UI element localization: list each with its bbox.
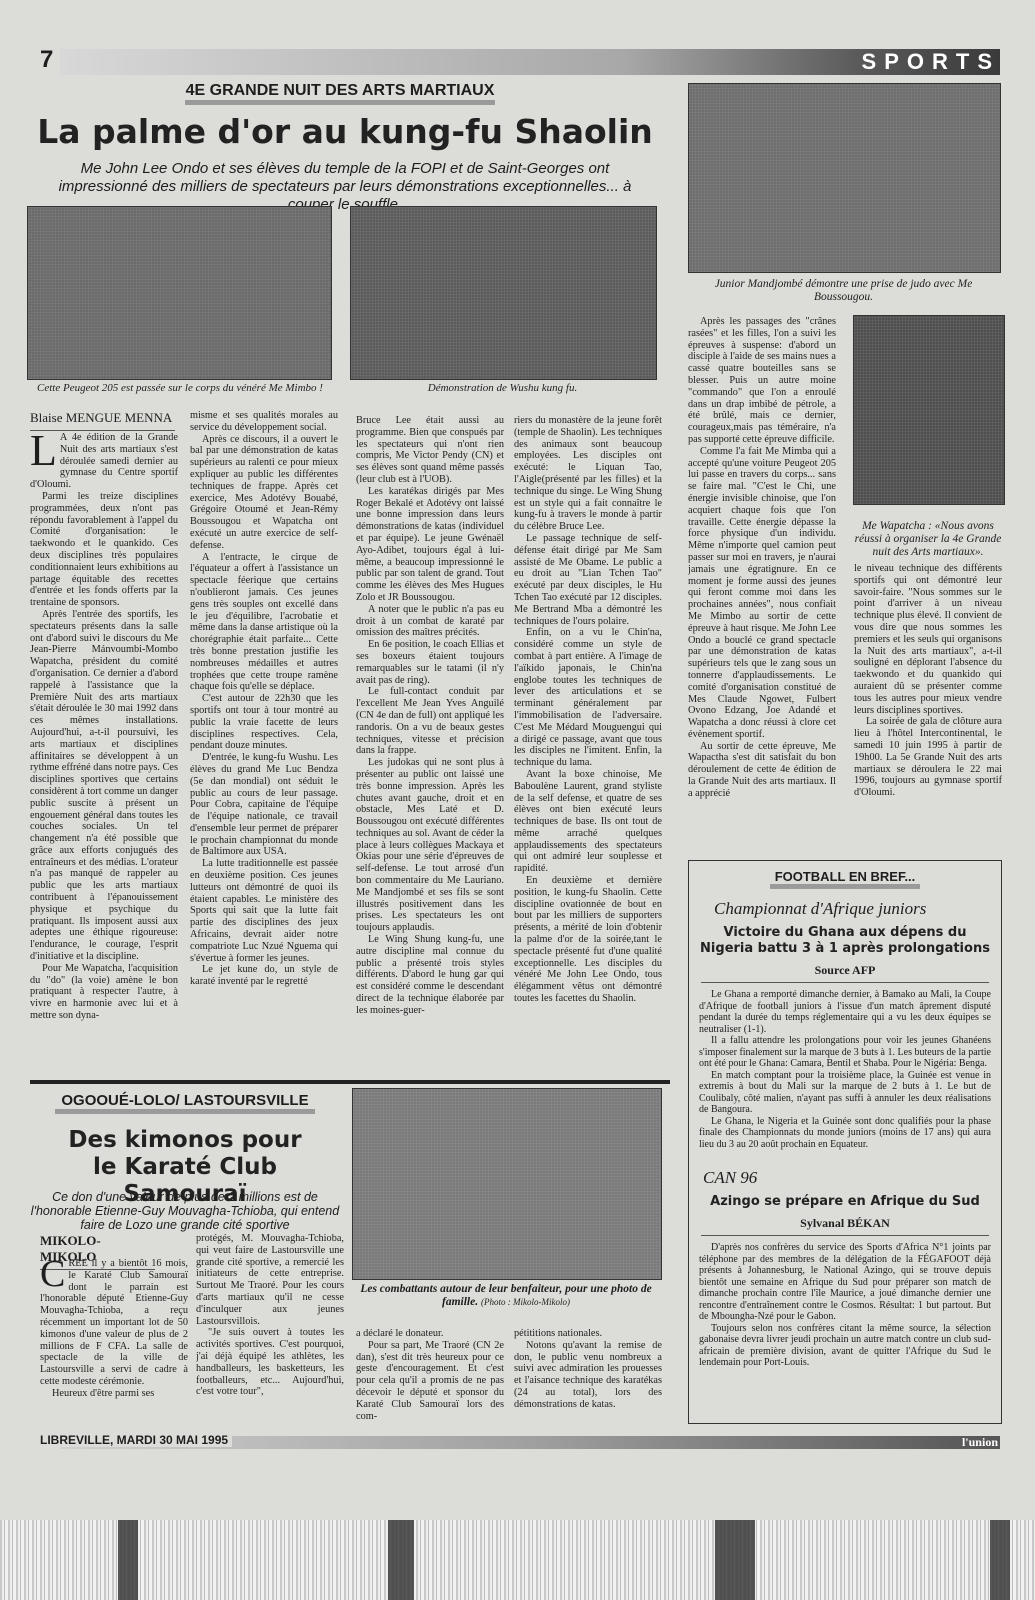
photo-caption: Démonstration de Wushu kung fu. xyxy=(350,382,655,395)
headline: La palme d'or au kung-fu Shaolin xyxy=(30,112,660,152)
story-section: Championnat d'Afrique juniors xyxy=(714,899,1001,919)
photo-caption: Cette Peugeot 205 est passée sur le corp… xyxy=(20,382,340,395)
box-kicker: Football en bref... xyxy=(770,869,920,889)
story-headline: Azingo se prépare en Afrique du Sud xyxy=(699,1194,991,1210)
story-body: D'après nos confrères du service des Spo… xyxy=(699,1242,991,1369)
article-column-3: a déclaré le donateur. Pour sa part, Me … xyxy=(356,1328,504,1433)
article-column-1: L A 4e édition de la Grande Nuit des art… xyxy=(30,432,178,1057)
kicker: 4e Grande Nuit des arts martiaux xyxy=(185,82,495,105)
article-column-6: le niveau technique des différents sport… xyxy=(854,563,1002,843)
scan-noise xyxy=(0,1520,1035,1600)
photo-credit: (Photo : Mikolo-Mikolo) xyxy=(481,1297,570,1307)
football-box: Football en bref... Championnat d'Afriqu… xyxy=(688,860,1002,1424)
article-column-4: riers du monastère de la jeune forêt (te… xyxy=(514,415,662,1057)
scan-stripe xyxy=(388,1520,414,1600)
dropcap: L xyxy=(30,433,57,469)
scan-stripe xyxy=(118,1520,138,1600)
page-number: 7 xyxy=(40,46,53,74)
photo-caption: Les combattants autour de leur benfaiteu… xyxy=(352,1283,660,1309)
kicker: Ogooué-Lolo/ Lastoursville xyxy=(55,1092,315,1114)
article-column-3: Bruce Lee était aussi au programme. Bien… xyxy=(356,415,504,1057)
masthead-logo: l'union xyxy=(930,1435,998,1450)
section-label: SPORTS xyxy=(830,49,1000,75)
deck: Ce don d'une valeur de plus de 2 million… xyxy=(30,1190,340,1232)
dateline: LIBREVILLE, MARDI 30 MAI 1995 xyxy=(40,1433,232,1447)
story-byline: Source AFP xyxy=(701,963,989,983)
dropcap: C xyxy=(40,1259,65,1289)
photo-karate-club xyxy=(352,1088,662,1280)
byline: Blaise MENGUE MENNA xyxy=(30,410,175,431)
photo-caption: Junior Mandjombé démontre une prise de j… xyxy=(688,278,999,304)
article-column-1: C REE il y a bientôt 16 mois, le Karaté … xyxy=(40,1258,188,1433)
article-column-2: protégés, M. Mouvagha-Tchioba, qui veut … xyxy=(196,1233,344,1433)
photo-peugeot xyxy=(27,206,332,380)
story-body: Le Ghana a remporté dimanche dernier, à … xyxy=(699,989,991,1150)
photo-wapatcha xyxy=(853,315,1005,505)
article-column-5: Après les passages des "crânes rasées" e… xyxy=(688,316,836,841)
article-column-2: misme et ses qualités morales au service… xyxy=(190,410,338,1057)
scan-stripe xyxy=(715,1520,755,1600)
story-byline: Sylvanal BÉKAN xyxy=(701,1216,989,1236)
scan-stripe xyxy=(990,1520,1010,1600)
story-headline: Victoire du Ghana aux dépens du Nigeria … xyxy=(699,925,991,957)
article-column-4: pétititions nationales. Notons qu'avant … xyxy=(514,1328,662,1433)
photo-wushu xyxy=(350,206,657,380)
story-section: CAN 96 xyxy=(703,1168,1001,1188)
photo-caption: Me Wapatcha : «Nous avons réussi à organ… xyxy=(853,520,1003,559)
photo-judo xyxy=(688,83,1001,273)
section-divider xyxy=(30,1080,670,1084)
